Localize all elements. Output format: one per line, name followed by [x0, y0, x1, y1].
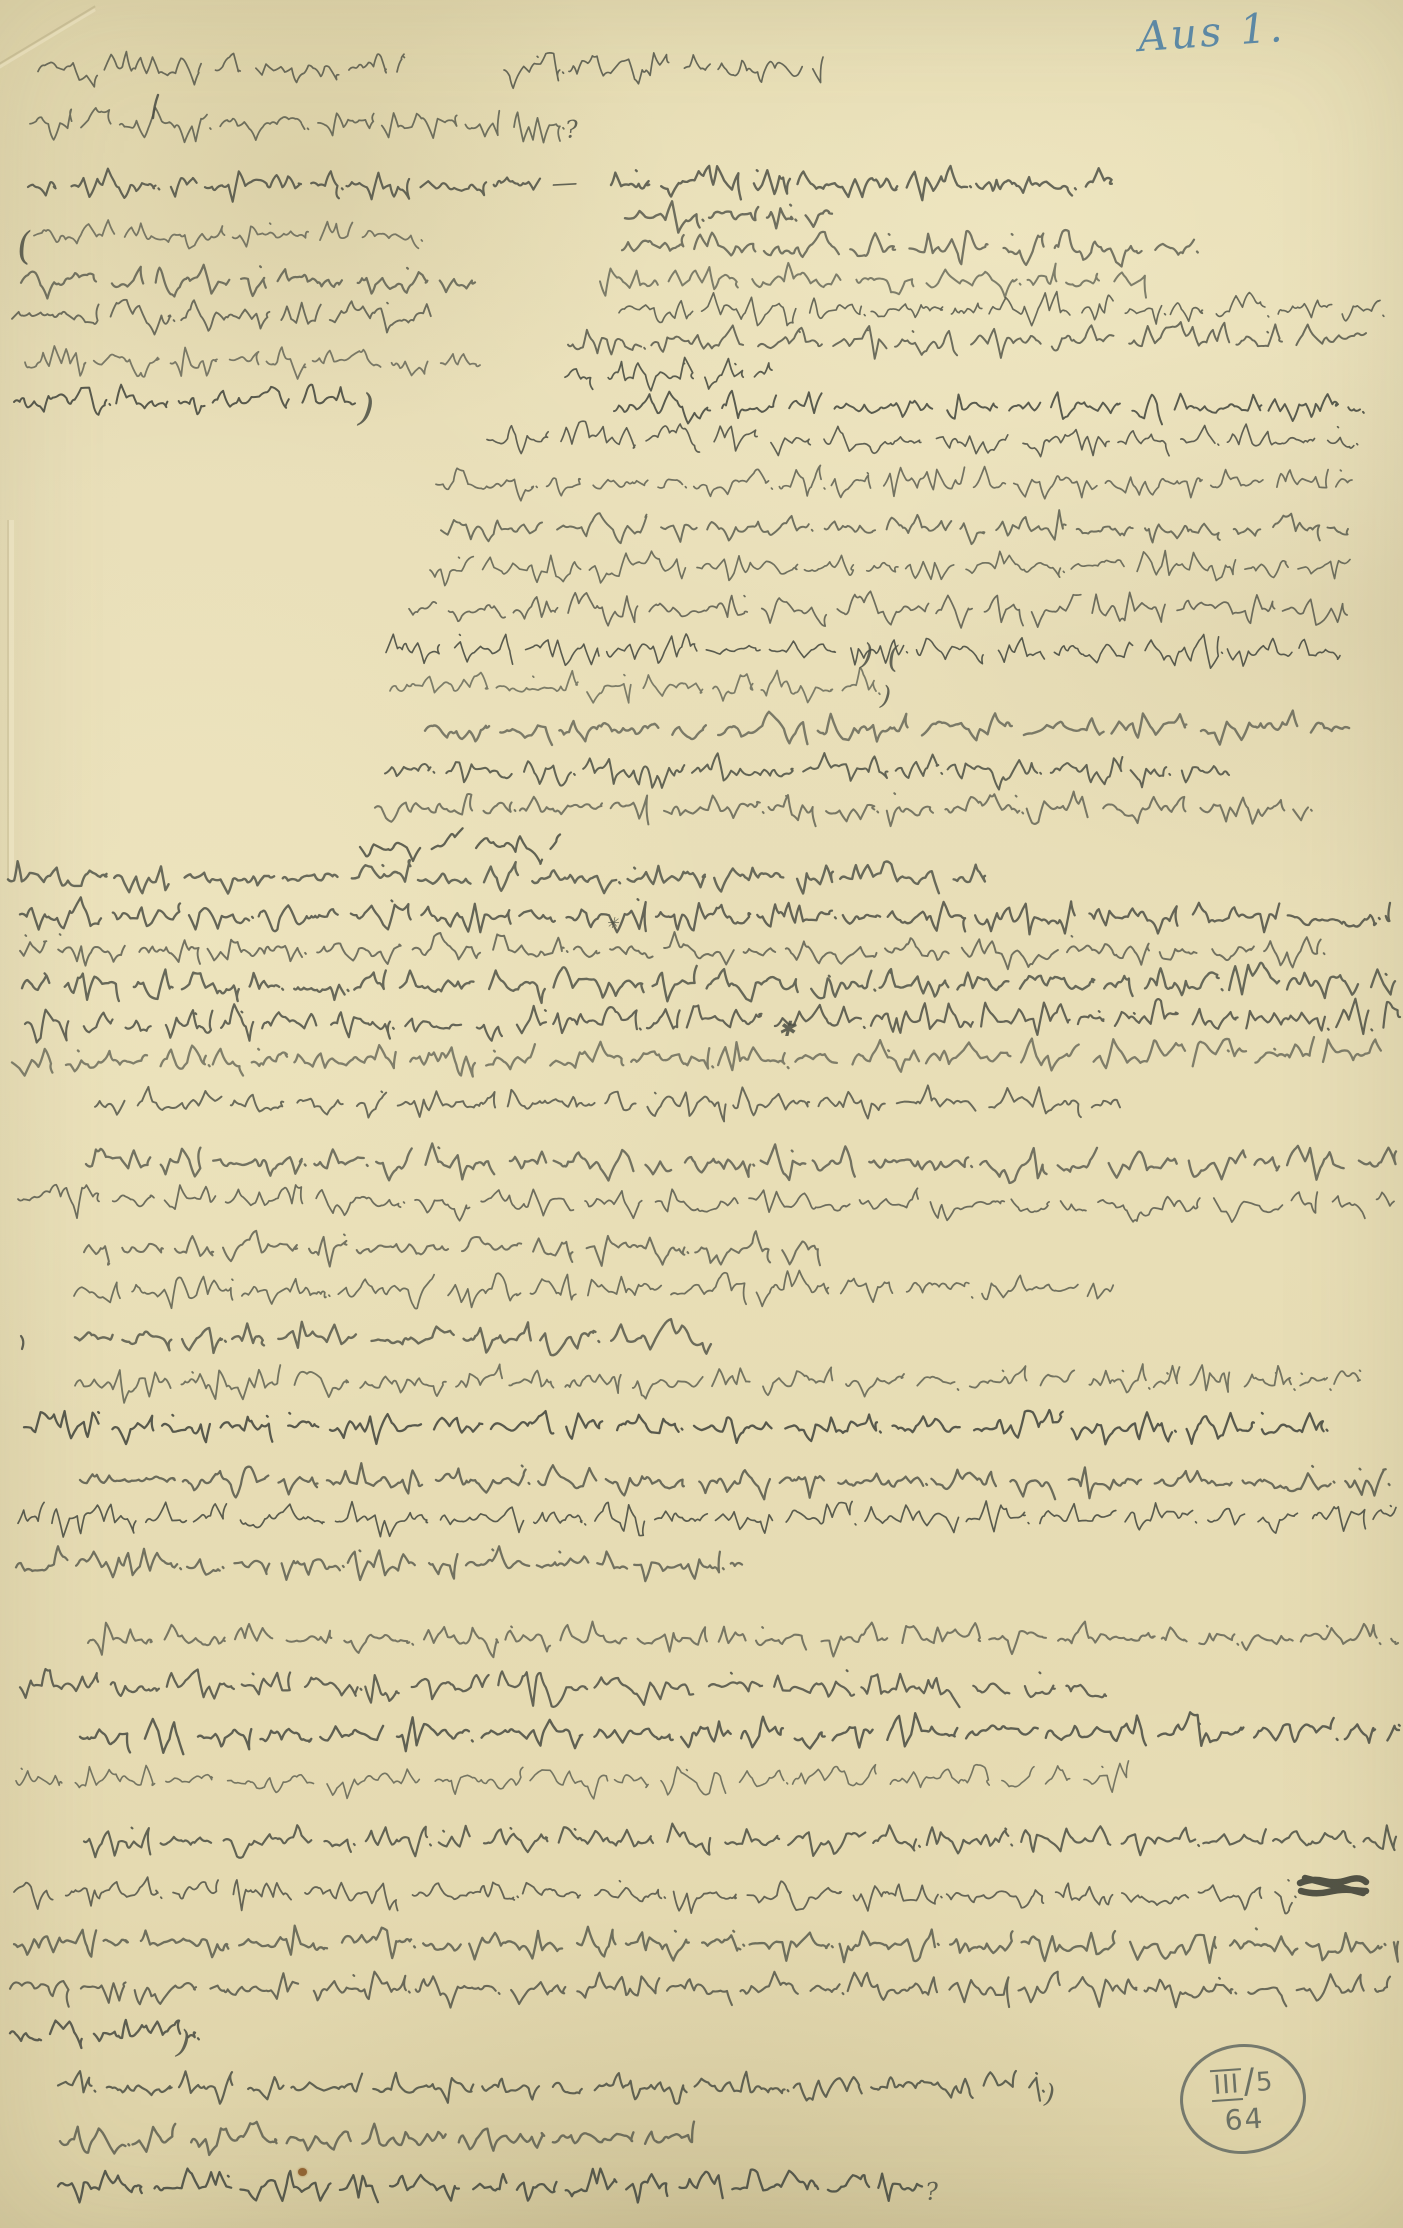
- handwriting-line: [600, 263, 1146, 298]
- handwriting-line: [409, 591, 1347, 628]
- stray-ink-stroke: [1300, 1878, 1366, 1893]
- handwriting-line: [14, 1877, 1296, 1913]
- handwriting-line: [18, 1501, 1396, 1537]
- handwriting-line: [20, 932, 1325, 969]
- handwriting-line: [568, 322, 1366, 359]
- handwriting-line: [504, 53, 823, 88]
- punctuation-mark: ✱: [778, 1017, 797, 1041]
- stamp-number: 64: [1224, 2104, 1265, 2135]
- handwriting-line: [80, 1463, 1390, 1499]
- handwriting-line: [34, 220, 422, 249]
- corner-annotation-aus1: Aus 1.: [1137, 3, 1287, 61]
- handwriting-line: [10, 1972, 1390, 2008]
- punctuation-mark: (: [14, 224, 35, 269]
- handwriting-line: [16, 1546, 742, 1581]
- handwriting-line: [84, 1231, 820, 1267]
- stamp-roman-numeral: III: [1210, 2068, 1242, 2102]
- handwriting-line: [487, 421, 1358, 456]
- handwriting-line: [58, 2169, 922, 2203]
- handwriting-line: [58, 2071, 1044, 2104]
- stray-ink-stroke: [21, 1336, 23, 1349]
- punctuation-mark: ): [356, 385, 376, 430]
- punctuation-mark: ): [878, 681, 892, 712]
- punctuation-mark: ): [174, 2022, 192, 2061]
- handwriting-line: [24, 1410, 1327, 1444]
- punctuation-mark: ): [858, 637, 874, 673]
- handwriting-line: [8, 860, 985, 893]
- punctuation-mark: ?: [564, 115, 579, 144]
- handwriting-line: [25, 999, 1400, 1043]
- handwriting-line: [436, 465, 1352, 500]
- handwriting-line: [25, 346, 480, 379]
- handwriting-line: [38, 52, 404, 87]
- handwriting-line: [88, 1622, 1398, 1658]
- handwriting-line: [84, 1824, 1396, 1858]
- handwriting-line: [16, 1761, 1129, 1799]
- handwriting-line: [74, 1271, 1113, 1309]
- ink-fleck: [298, 2168, 307, 2176]
- stamp-fraction: III/5: [1210, 2062, 1274, 2104]
- handwriting-line: [565, 358, 772, 391]
- handwriting-line: [18, 1185, 1394, 1222]
- handwriting-line: [95, 1085, 1120, 1121]
- handwriting-line: [375, 792, 1312, 827]
- manuscript-page: ?—())()))?✳✱ Aus 1. III/5 64: [0, 0, 1403, 2228]
- handwriting-line: [625, 201, 832, 232]
- handwriting-line: [86, 1144, 1396, 1184]
- punctuation-mark: ?: [924, 2177, 939, 2206]
- handwriting-line: [622, 230, 1198, 266]
- punctuation-mark: ): [1043, 2079, 1056, 2110]
- handwriting-line: [385, 753, 1229, 789]
- handwriting-layer: ?—())()))?✳✱: [0, 0, 1403, 2228]
- handwriting-line: [441, 510, 1348, 544]
- handwriting-line: [619, 292, 1384, 326]
- handwriting-line: [20, 1669, 1106, 1707]
- handwriting-line: [21, 265, 475, 299]
- handwriting-line: [20, 897, 1390, 934]
- stamp-five: 5: [1255, 2068, 1273, 2095]
- punctuation-mark: —: [551, 168, 579, 199]
- handwriting-line: [28, 169, 540, 202]
- handwriting-line: [360, 828, 560, 864]
- handwriting-line: [22, 963, 1395, 1003]
- punctuation-mark: (: [886, 640, 901, 676]
- punctuation-mark: ✳: [606, 914, 620, 932]
- handwriting-line: [30, 108, 564, 143]
- handwriting-line: [614, 391, 1364, 425]
- handwriting-line: [60, 2122, 694, 2155]
- handwriting-line: [10, 2020, 199, 2048]
- handwriting-line: [430, 551, 1350, 586]
- handwriting-line: [425, 711, 1349, 745]
- handwriting-line: [12, 1037, 1381, 1076]
- handwriting-line: [14, 1926, 1398, 1963]
- handwriting-line: [75, 1364, 1360, 1403]
- handwriting-line: [14, 385, 355, 415]
- handwriting-line: [80, 1712, 1400, 1754]
- stray-ink-stroke: [153, 95, 158, 118]
- stamp-slash: /: [1242, 2064, 1256, 2099]
- handwriting-line: [75, 1319, 711, 1355]
- handwriting-line: [390, 668, 880, 703]
- handwriting-line: [611, 166, 1112, 200]
- handwriting-line: [12, 300, 431, 335]
